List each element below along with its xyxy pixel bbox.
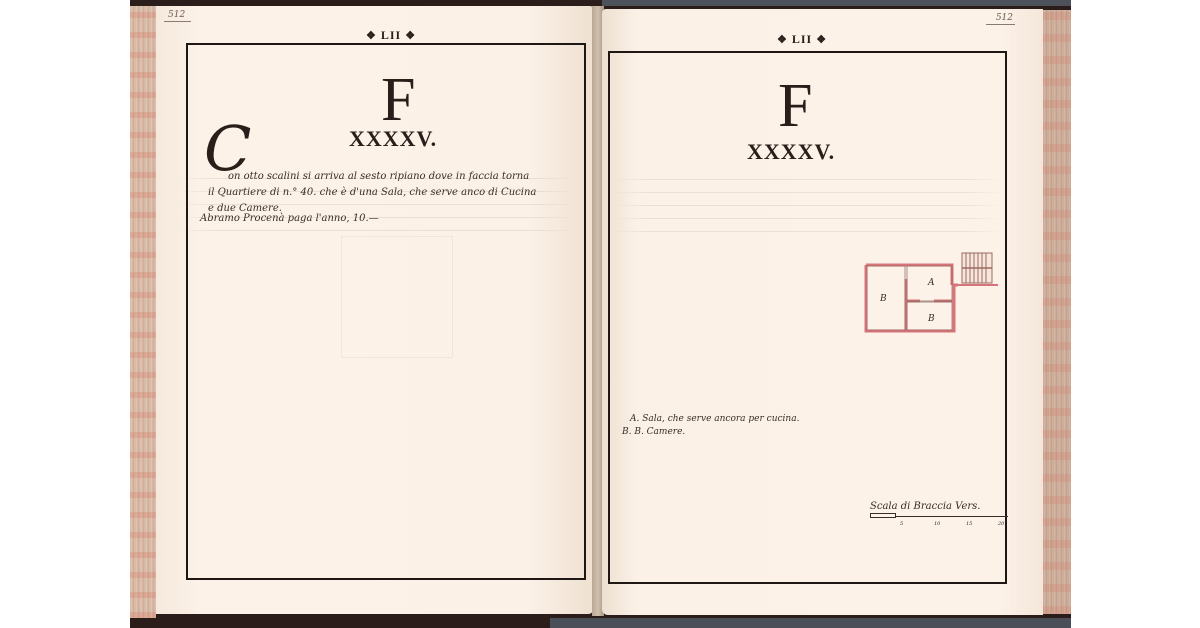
floor-plan-drawing: B A B: [858, 249, 1003, 339]
text-line: il Quartiere di n.° 40. che è d'una Sala…: [208, 185, 588, 201]
right-page: 512 ❖ LII ❖ F XXXXV.: [602, 9, 1043, 615]
folio-number: 512: [164, 10, 191, 22]
scale-bar: Scala di Braccia Vers. 5 10 15 20: [870, 501, 1010, 531]
text-line: on otto scalini si arriva al sesto ripia…: [208, 169, 588, 185]
bleed-through: [612, 179, 1002, 244]
room-label: B: [927, 314, 935, 324]
running-head-text: LII: [792, 32, 812, 46]
scale-ruler: [870, 513, 1010, 521]
scale-tick: 10: [934, 521, 940, 527]
section-letter: F: [381, 69, 415, 131]
staircase-icon: [962, 253, 992, 283]
scale-ticks: 5 10 15 20: [870, 521, 1010, 531]
ornament-icon: ❖: [405, 30, 416, 42]
description-text: on otto scalini si arriva al sesto ripia…: [208, 169, 588, 217]
running-head: ❖ LII ❖: [366, 28, 416, 43]
background-top: [602, 0, 1071, 6]
bleed-through-plan: [341, 236, 453, 358]
folio-number: 512: [986, 13, 1015, 25]
scale-tick: 15: [966, 521, 972, 527]
plan-legend: A. Sala, che serve ancora per cucina. B.…: [622, 413, 799, 439]
tenant-line: Abramo Procenà paga l'anno, 10.—: [200, 213, 379, 224]
room-label: A: [927, 278, 935, 288]
scale-tick: 20: [998, 521, 1004, 527]
scale-tick: 5: [900, 521, 903, 527]
legend-item: A. Sala, che serve ancora per cucina.: [622, 413, 799, 426]
section-numeral: XXXXV.: [747, 139, 835, 165]
ornament-icon: ❖: [777, 34, 788, 46]
page-edges-right: [1043, 10, 1071, 614]
legend-item: B. B. Camere.: [622, 426, 799, 439]
left-page: 512 ❖ LII ❖ F XXXXV. C on otto scalini s…: [156, 6, 594, 614]
ornament-icon: ❖: [816, 34, 827, 46]
open-book: 512 ❖ LII ❖ F XXXXV. C on otto scalini s…: [130, 0, 1071, 628]
section-letter: F: [778, 75, 812, 137]
floor-plan: B A B: [858, 249, 1003, 339]
background-bottom: [550, 618, 1071, 628]
ornament-icon: ❖: [366, 30, 377, 42]
page-edges-left: [130, 6, 156, 618]
section-numeral: XXXXV.: [349, 126, 437, 152]
running-head: ❖ LII ❖: [777, 32, 827, 47]
room-label: B: [879, 294, 887, 304]
scale-title: Scala di Braccia Vers.: [870, 501, 1010, 512]
running-head-text: LII: [381, 28, 401, 42]
